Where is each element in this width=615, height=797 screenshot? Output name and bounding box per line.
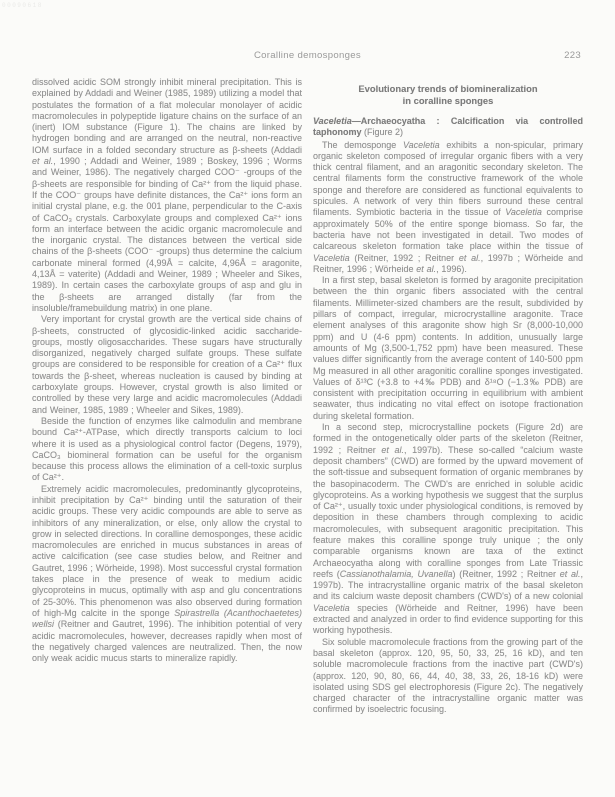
text-run: Vaceletia (313, 603, 350, 613)
section-heading-line1: Evolutionary trends of biomineralization (313, 83, 583, 95)
text-run: Vaceletia (313, 253, 350, 263)
scan-artifact-mark: 00090618 (2, 2, 43, 9)
text-run: Cassianothalamia, Uvanella (340, 569, 453, 579)
text-columns: dissolved acidic SOM strongly inhibit mi… (32, 77, 583, 716)
text-run: et al. (32, 156, 53, 166)
paragraph: In a first step, basal skeleton is forme… (313, 275, 583, 422)
right-column: Evolutionary trends of biomineralization… (313, 77, 583, 716)
paragraph: Very important for crystal growth are th… (32, 314, 302, 416)
subsection-heading: Vaceletia—Archaeocyatha : Calcification … (313, 116, 583, 139)
text-run: Six soluble macromolecule fractions from… (313, 637, 583, 715)
text-run: —Archaeocyatha : Calcification via contr… (313, 116, 583, 137)
text-run: ) (Reitner, 1992 ; Reitner (453, 569, 560, 579)
text-run: et al. (416, 264, 436, 274)
text-run: et al. (459, 253, 481, 263)
paragraph: In a second step, microcrystalline pocke… (313, 422, 583, 637)
text-run: Vaceletia (403, 140, 440, 150)
text-run: dissolved acidic SOM strongly inhibit mi… (32, 77, 302, 155)
paragraph: The demosponge Vaceletia exhibits a non-… (313, 140, 583, 276)
text-run: In a first step, basal skeleton is forme… (313, 275, 583, 421)
running-head-title: Coralline demosponges (32, 50, 583, 61)
text-run: Vaceletia (313, 116, 352, 126)
text-run: , 1996). (436, 264, 467, 274)
text-run: (Reitner and Gautret, 1996). The inhibit… (32, 619, 302, 663)
paragraph: Six soluble macromolecule fractions from… (313, 637, 583, 716)
right-column-paragraphs: The demosponge Vaceletia exhibits a non-… (313, 140, 583, 716)
text-run: et al. (560, 569, 581, 579)
paragraph: dissolved acidic SOM strongly inhibit mi… (32, 77, 302, 314)
text-run: species (Wörheide and Reitner, 1996) hav… (313, 603, 583, 636)
text-run: Very important for crystal growth are th… (32, 314, 302, 414)
text-run: et al. (381, 445, 404, 455)
text-run: , 1990 ; Addadi and Weiner, 1989 ; Boske… (32, 156, 302, 313)
paragraph: Beside the function of enzymes like calm… (32, 416, 302, 484)
page-number: 223 (564, 50, 581, 61)
paragraph: Extremely acidic macromolecules, predomi… (32, 484, 302, 665)
text-run: (Reitner, 1992 ; Reitner (350, 253, 459, 263)
text-run: (Figure 2) (362, 127, 404, 137)
scanned-paper-page: 00090618 Coralline demosponges 223 disso… (0, 0, 615, 797)
text-run: , 1997b). These so-called “calcium waste… (313, 445, 583, 579)
text-run: exhibits a non-spicular, primary organic… (313, 140, 583, 218)
text-run: The demosponge (322, 140, 403, 150)
text-run: Vaceletia (505, 207, 542, 217)
running-head: Coralline demosponges 223 (32, 50, 583, 62)
text-run: Extremely acidic macromolecules, predomi… (32, 484, 302, 618)
text-run: Beside the function of enzymes like calm… (32, 416, 302, 482)
left-column: dissolved acidic SOM strongly inhibit mi… (32, 77, 302, 716)
section-heading: Evolutionary trends of biomineralization… (313, 83, 583, 107)
section-heading-line2: in coralline sponges (313, 95, 583, 107)
